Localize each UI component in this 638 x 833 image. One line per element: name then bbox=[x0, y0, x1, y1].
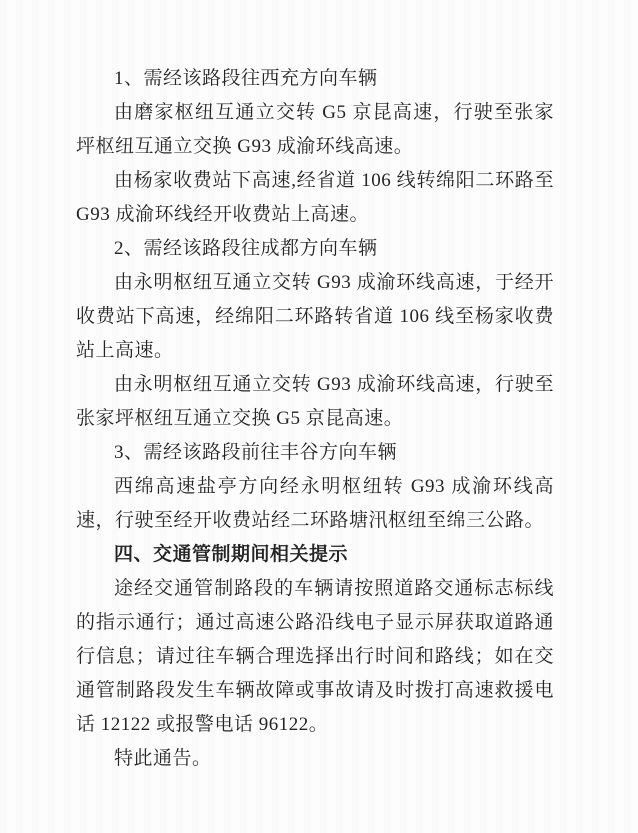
paragraph-item1-route-a: 由磨家枢纽互通立交转 G5 京昆高速，行驶至张家坪枢纽互通立交换 G93 成渝环… bbox=[76, 96, 554, 164]
paragraph-item3-heading: 3、需经该路段前往丰谷方向车辆 bbox=[76, 436, 554, 470]
paragraph-item2-route-a: 由永明枢纽互通立交转 G93 成渝环线高速，于经开收费站下高速，经绵阳二环路转省… bbox=[76, 266, 554, 368]
paragraph-item2-heading: 2、需经该路段往成都方向车辆 bbox=[76, 232, 554, 266]
paragraph-section4-heading: 四、交通管制期间相关提示 bbox=[76, 538, 554, 572]
document-page: 1、需经该路段往西充方向车辆 由磨家枢纽互通立交转 G5 京昆高速，行驶至张家坪… bbox=[0, 0, 638, 833]
paragraph-item2-route-b: 由永明枢纽互通立交转 G93 成渝环线高速，行驶至张家坪枢纽互通立交换 G5 京… bbox=[76, 368, 554, 436]
paragraph-item1-route-b: 由杨家收费站下高速,经省道 106 线转绵阳二环路至 G93 成渝环线经开收费站… bbox=[76, 164, 554, 232]
paragraph-item1-heading: 1、需经该路段往西充方向车辆 bbox=[76, 62, 554, 96]
paragraph-closing: 特此通告。 bbox=[76, 742, 554, 776]
paragraph-item3-route: 西绵高速盐亭方向经永明枢纽转 G93 成渝环线高速，行驶至经开收费站经二环路塘汛… bbox=[76, 470, 554, 538]
paragraph-section4-tips: 途经交通管制路段的车辆请按照道路交通标志标线的指示通行；通过高速公路沿线电子显示… bbox=[76, 572, 554, 742]
